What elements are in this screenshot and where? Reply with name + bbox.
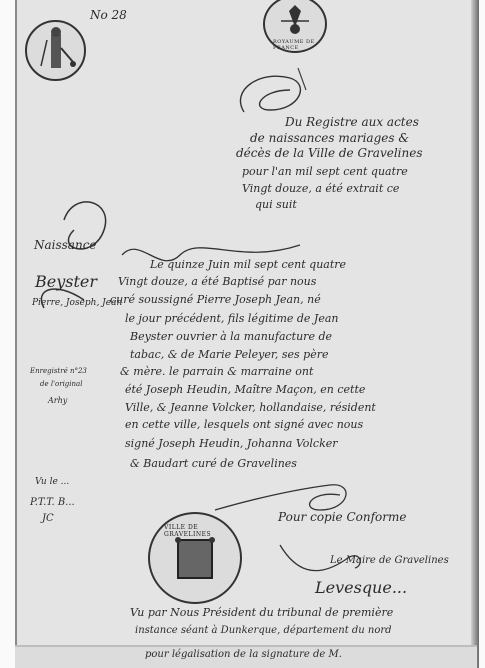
mayor-label: Le Maire de Gravelines <box>330 555 449 566</box>
surname-label: Beyster <box>35 272 97 291</box>
copy-conforme-label: Pour copie Conforme <box>278 510 407 524</box>
mayor-signature: Levesque... <box>315 578 407 597</box>
margin-note-original: de l'original <box>40 380 82 388</box>
margin-note-initials: Arhy <box>48 396 67 405</box>
royal-stamp-icon: ROYAUME DE FRANCE <box>263 0 327 53</box>
margin-note-jc: JC <box>42 513 54 524</box>
lower-page-strip: pour légalisation de la signature de M. <box>15 645 477 668</box>
act-type-label: Naissance <box>34 238 97 252</box>
gravelines-seal-icon: VILLE DE GRAVELINES <box>148 512 242 604</box>
margin-note-seen: Vu le ... <box>35 477 69 487</box>
given-names-label: Pierre, Joseph, Jean <box>32 298 122 308</box>
gravelines-seal-text: VILLE DE GRAVELINES <box>164 524 240 538</box>
page-edge <box>471 0 479 668</box>
royal-stamp-text: ROYAUME DE FRANCE <box>273 39 325 51</box>
page-number: No 28 <box>90 8 127 22</box>
margin-note-ptt: P.T.T. B... <box>30 497 75 508</box>
seal-figure-icon <box>25 20 86 81</box>
margin-note-registered: Enregistré n°23 <box>30 367 87 375</box>
